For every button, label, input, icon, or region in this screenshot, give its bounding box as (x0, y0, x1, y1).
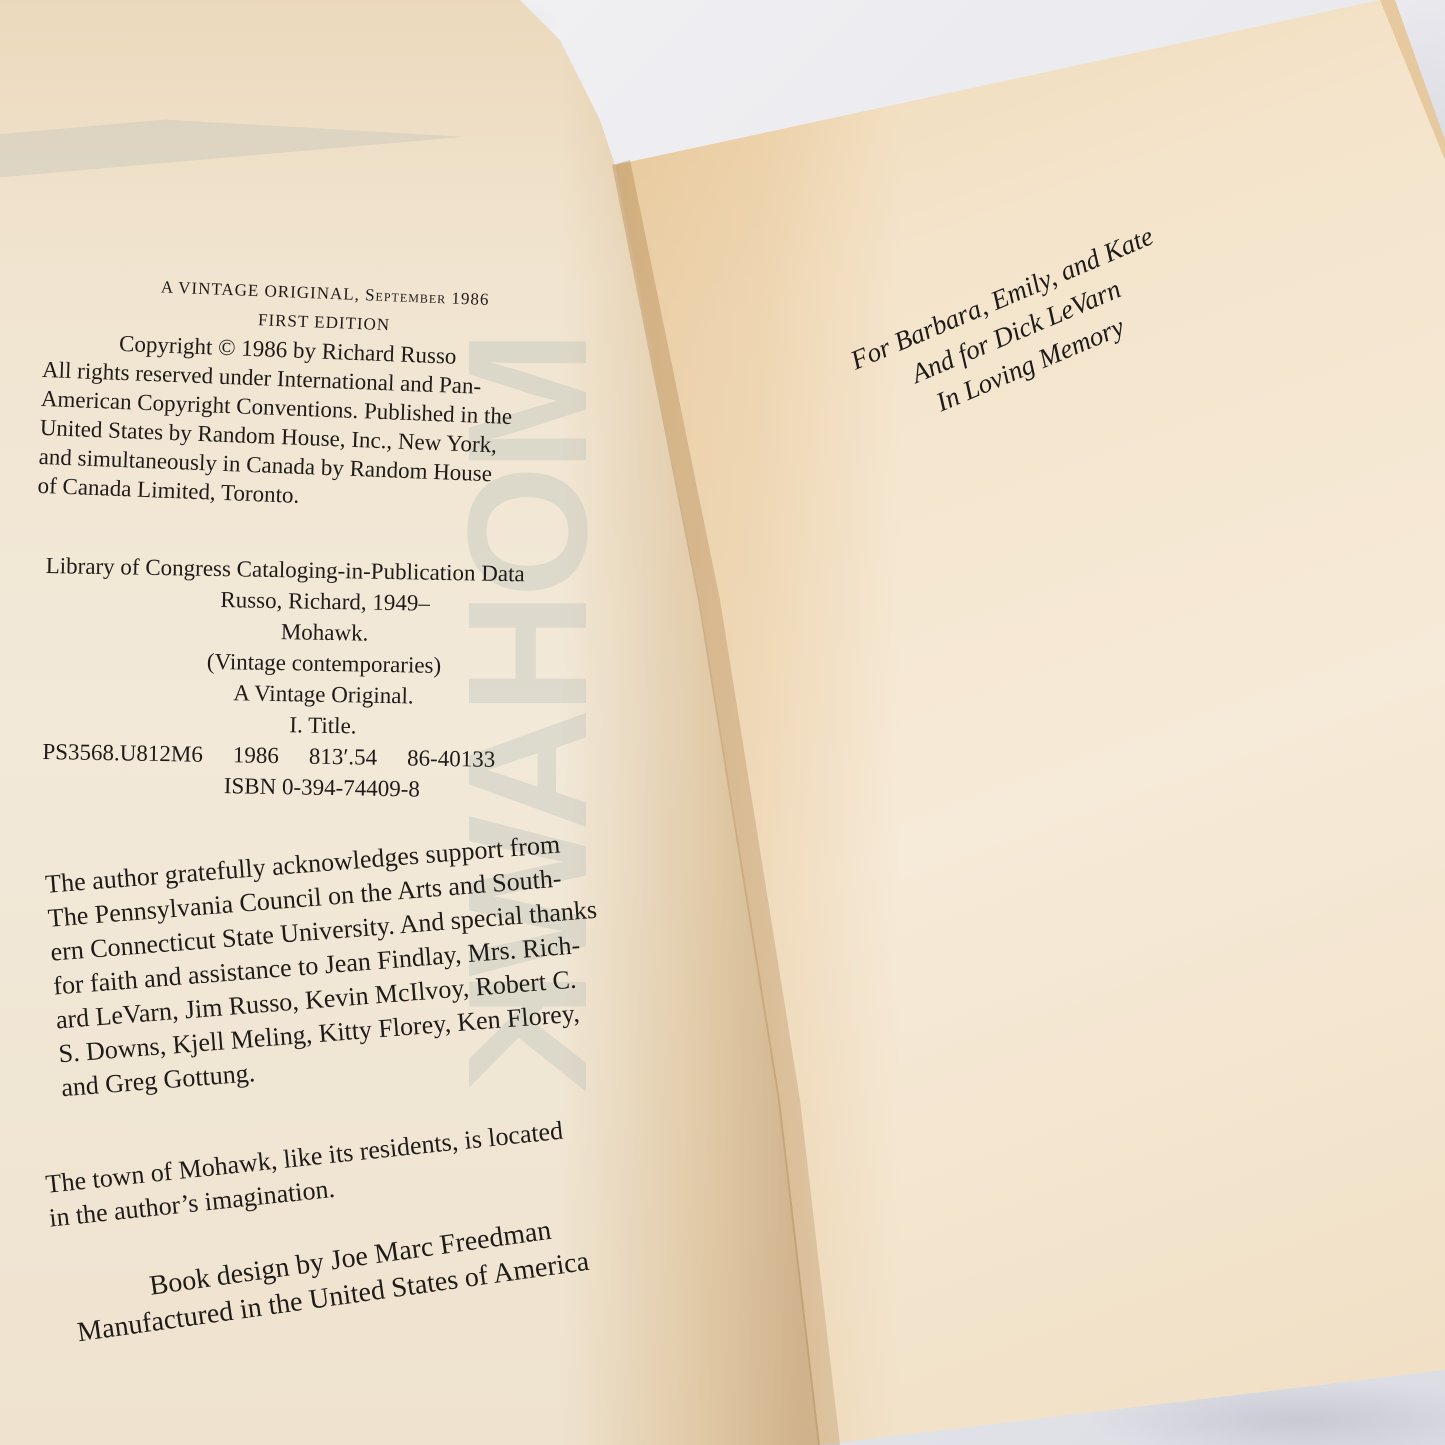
copyright-block: A VINTAGE ORIGINAL, September 1986 FIRST… (37, 268, 605, 521)
acknowledgments: The author gratefully acknowledges suppo… (44, 825, 609, 1105)
cip-data-block: Library of Congress Cataloging-in-Public… (42, 550, 606, 808)
dewey-number: 813′.54 (309, 741, 378, 773)
call-number: PS3568.U812M6 (42, 736, 203, 770)
lccn: 86-40133 (407, 742, 496, 775)
cip-year: 1986 (233, 739, 280, 771)
